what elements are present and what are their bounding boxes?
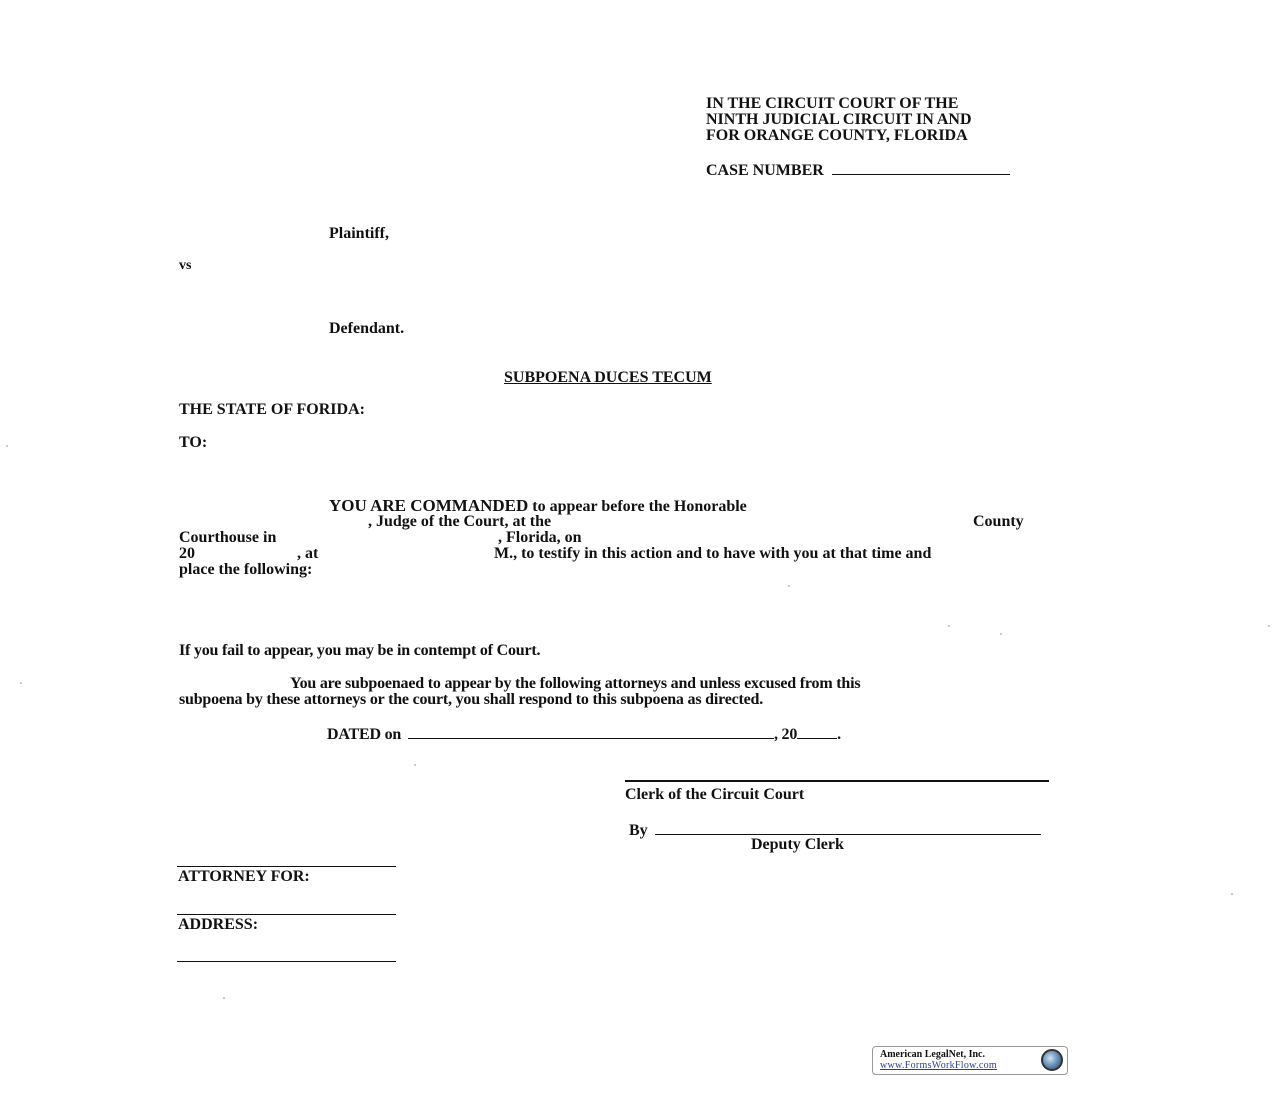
scan-speck bbox=[1000, 633, 1002, 635]
address-label: ADDRESS: bbox=[178, 917, 258, 933]
dated-date-field[interactable] bbox=[408, 724, 774, 739]
command-line-4c: M., to testify in this action and to hav… bbox=[494, 546, 931, 562]
address-line[interactable] bbox=[177, 961, 396, 962]
scan-speck bbox=[1231, 893, 1233, 895]
attorney-for-label: ATTORNEY FOR: bbox=[178, 869, 310, 885]
document-title: SUBPOENA DUCES TECUM bbox=[504, 370, 712, 386]
dated-row: DATED on , 20. bbox=[327, 724, 841, 743]
scan-speck bbox=[788, 585, 790, 587]
scan-speck bbox=[6, 445, 8, 447]
vs-label: vs bbox=[179, 258, 191, 274]
command-line-4b: , at bbox=[297, 546, 318, 562]
attorney-for-line[interactable] bbox=[177, 914, 396, 915]
command-line-4a: 20 bbox=[179, 546, 195, 562]
globe-logo-icon bbox=[1041, 1049, 1063, 1071]
command-line-3b: , Florida, on bbox=[498, 530, 582, 546]
command-line-2b: County bbox=[973, 514, 1024, 530]
dated-year-field[interactable] bbox=[797, 724, 837, 739]
command-line-3a: Courthouse in bbox=[179, 530, 276, 546]
case-number-field[interactable] bbox=[832, 160, 1010, 175]
case-number-row: CASE NUMBER bbox=[706, 160, 1010, 179]
footer-company: American LegalNet, Inc. bbox=[880, 1050, 985, 1060]
defendant-label: Defendant. bbox=[329, 321, 404, 337]
command-line-5: place the following: bbox=[179, 562, 312, 578]
attorney-notice-line-2: subpoena by these attorneys or the court… bbox=[179, 692, 763, 708]
deputy-clerk-label: Deputy Clerk bbox=[751, 837, 844, 853]
scan-speck bbox=[948, 625, 950, 627]
clerk-signature-line[interactable] bbox=[625, 780, 1049, 782]
scan-speck bbox=[20, 682, 22, 684]
court-header-line-1: IN THE CIRCUIT COURT OF THE bbox=[706, 96, 958, 112]
plaintiff-label: Plaintiff, bbox=[329, 226, 389, 242]
scan-speck bbox=[1268, 625, 1270, 627]
court-header-line-3: FOR ORANGE COUNTY, FLORIDA bbox=[706, 128, 968, 144]
attorney-name-line[interactable] bbox=[177, 866, 396, 867]
by-label: By bbox=[629, 822, 648, 839]
footer-url-link[interactable]: www.FormsWorkFlow.com bbox=[880, 1061, 997, 1071]
scan-speck bbox=[414, 764, 416, 766]
command-line-2a: , Judge of the Court, at the bbox=[368, 514, 551, 530]
footer-badge: American LegalNet, Inc. www.FormsWorkFlo… bbox=[872, 1046, 1068, 1075]
deputy-signature-field[interactable] bbox=[655, 820, 1041, 835]
clerk-label: Clerk of the Circuit Court bbox=[625, 787, 804, 803]
dated-period: . bbox=[837, 726, 841, 743]
state-label: THE STATE OF FORIDA: bbox=[179, 402, 365, 418]
to-label: TO: bbox=[179, 435, 207, 451]
court-header-line-2: NINTH JUDICIAL CIRCUIT IN AND bbox=[706, 112, 972, 128]
case-number-label: CASE NUMBER bbox=[706, 162, 824, 179]
contempt-notice: If you fail to appear, you may be in con… bbox=[179, 643, 540, 659]
command-line-1-rest: to appear before the Honorable bbox=[528, 498, 747, 515]
attorney-notice-line-1: You are subpoenaed to appear by the foll… bbox=[290, 676, 860, 692]
scan-speck bbox=[223, 997, 225, 999]
dated-year-prefix: , 20 bbox=[774, 726, 797, 743]
dated-label: DATED on bbox=[327, 726, 401, 743]
